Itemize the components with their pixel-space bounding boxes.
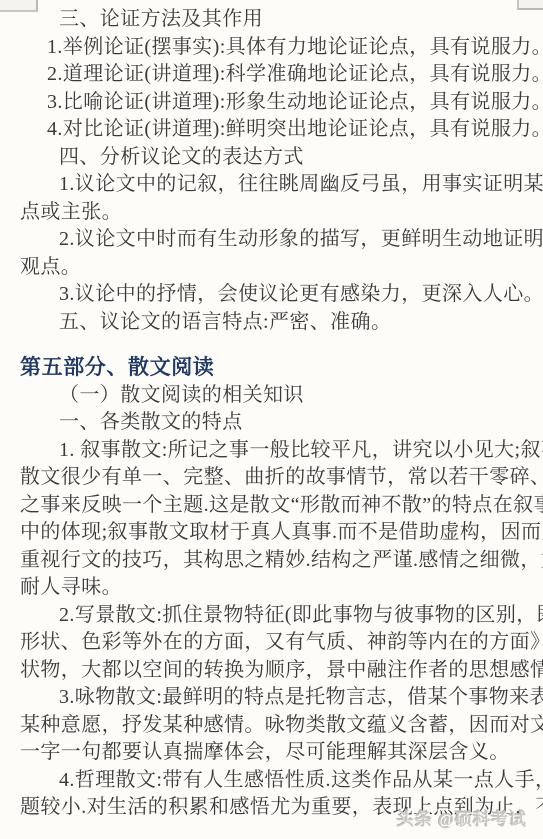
document-body: 三、论证方法及其作用 1.举例论证(摆事实):具体有力地论证论点，具有说服力。 … bbox=[0, 0, 543, 822]
doc-line: 2.写景散文:抓住景物特征(即此事物与彼事物的区别，既有 bbox=[20, 602, 531, 630]
section-title-5: 五、议论文的语言特点:严密、准确。 bbox=[20, 309, 531, 337]
section-title-3: 三、论证方法及其作用 bbox=[20, 6, 531, 34]
doc-line: 之事来反映一个主题.这是散文“形散而神不散”的特点在叙事 bbox=[20, 492, 531, 520]
doc-line: 点或主张。 bbox=[20, 199, 531, 227]
doc-line: 3.议论中的抒情，会使议论更有感染力，更深入人心。 bbox=[20, 281, 531, 309]
doc-line: 2.议论文中时而有生动形象的描写，更鲜明生动地证明某一 bbox=[20, 226, 531, 254]
document-page: 三、论证方法及其作用 1.举例论证(摆事实):具体有力地论证论点，具有说服力。 … bbox=[0, 0, 543, 839]
doc-line: 3.比喻论证(讲道理):形象生动地论证论点，具有说服力。 bbox=[20, 89, 531, 117]
doc-line: 耐人寻味。 bbox=[20, 574, 531, 602]
doc-line: 重视行文的技巧，其构思之精妙.结构之严谨.感情之细微，尤其 bbox=[20, 547, 531, 575]
doc-line: 1.议论文中的记叙，往往眺周幽反弓虽，用事实证明某一观 bbox=[20, 171, 531, 199]
subsection-title: （一）散文阅读的相关知识 bbox=[20, 382, 531, 410]
doc-line: 形状、色彩等外在的方面，又有气质、神韵等内在的方面》绘形 bbox=[20, 629, 531, 657]
doc-line: 1. 叙事散文:所记之事一般比较平凡，讲究以小见大;叙事 bbox=[20, 437, 531, 465]
doc-line: 一字一句都要认真揣摩体会，尽可能理解其深层含义。 bbox=[20, 739, 531, 767]
doc-line: 散文很少有单一、完整、曲折的故事情节，常以若干零碎、琐屑 bbox=[20, 464, 531, 492]
section-title-4: 四、分析议论文的表达方式 bbox=[20, 144, 531, 172]
doc-line: 某种意愿，抒发某种感情。咏物类散文蕴义含蓄，因而对文中的 bbox=[20, 712, 531, 740]
part-5-heading: 第五部分、散文阅读 bbox=[20, 354, 531, 382]
doc-line: 1.举例论证(摆事实):具体有力地论证论点，具有说服力。 bbox=[20, 34, 531, 62]
doc-line: 观点。 bbox=[20, 254, 531, 282]
doc-line: 4.对比论证(讲道理):鲜明突出地论证论点，具有说服力。 bbox=[20, 116, 531, 144]
doc-line: 2.道理论证(讲道理):科学准确地论证论点，具有说服力。 bbox=[20, 61, 531, 89]
toutiao-watermark: 头条 @硕科考试 bbox=[397, 805, 527, 830]
subsection-title: 一、各类散文的特点 bbox=[20, 409, 531, 437]
doc-line: 中的体现;叙事散文取材于真人真事.而不是借助虚构，因而更加 bbox=[20, 519, 531, 547]
doc-line: 状物，大都以空间的转换为顺序，景中融注作者的思想感情。 bbox=[20, 657, 531, 685]
doc-line: 4.哲理散文:带有人生感悟性质.这类作品从某一点人手，人 bbox=[20, 767, 531, 795]
doc-line: 3.咏物散文:最鲜明的特点是托物言志，借某个事物来表明 bbox=[20, 684, 531, 712]
